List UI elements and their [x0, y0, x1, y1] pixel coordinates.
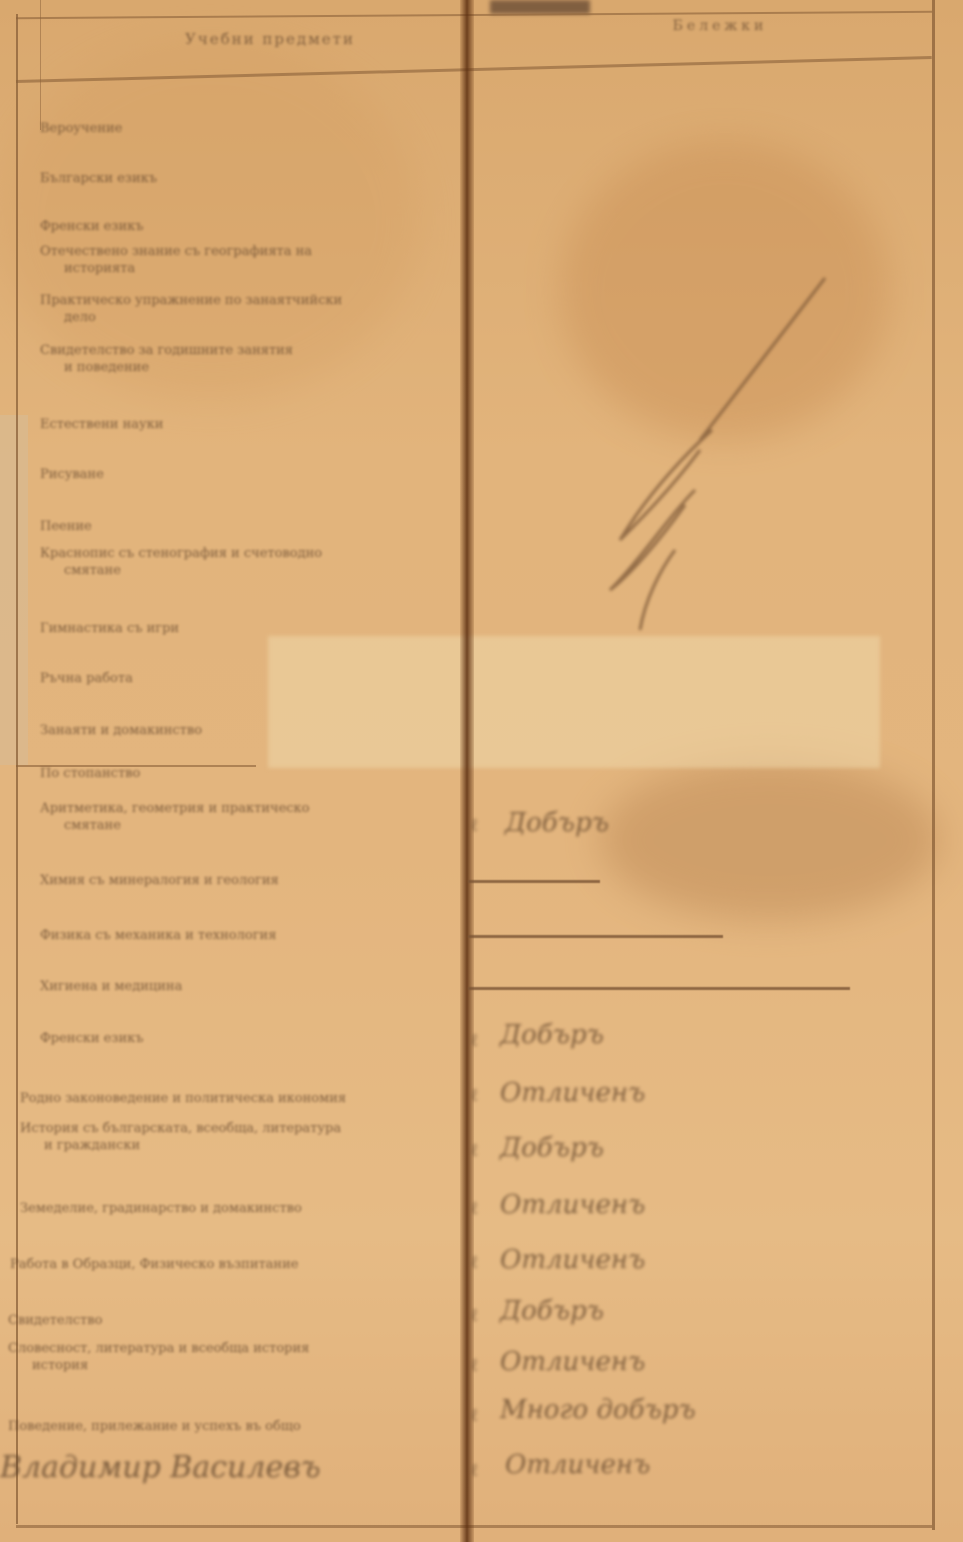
grade-blank-line [468, 880, 600, 883]
subject-row: Химия съ минералогия и геология [40, 872, 455, 889]
tick-mark: ℓ [470, 1355, 479, 1376]
subject-row: Хигиена и медицина [40, 978, 455, 995]
subject-row: Български езикъ [40, 170, 455, 187]
column-header-grades: Бележки [620, 18, 820, 34]
tape-patch [268, 636, 880, 768]
stain [600, 760, 940, 920]
tick-mark: ℓ [470, 1305, 479, 1326]
subject-row: Практическо упражнение по занаятчийскиде… [40, 292, 455, 326]
grade-value: Добъръ [500, 1296, 604, 1326]
frame-left-line [16, 14, 18, 1524]
frame-inner-left-line [40, 0, 41, 130]
subject-row: Занаяти и домакинство [40, 722, 455, 739]
subject-row: Земеделие, градинарство и домакинство [20, 1200, 435, 1217]
subject-row: Родно законоведение и политическа иконом… [20, 1090, 435, 1107]
subject-row: Поведение, прилежание и успехъ въ общо [8, 1418, 423, 1435]
bottom-rule [16, 1525, 932, 1528]
subject-row: Свидетелство [8, 1312, 423, 1329]
tick-mark: ℓ [470, 1030, 479, 1051]
subject-row: Естествени науки [40, 416, 455, 433]
grade-value: Отличенъ [500, 1245, 645, 1275]
tick-mark: ℓ [470, 815, 479, 836]
tick-mark: ℓ [470, 1198, 479, 1219]
subject-row: Рисуване [40, 466, 455, 483]
column-header-subjects: Учебни предмети [110, 30, 430, 48]
dark-patch [490, 0, 590, 14]
grade-value: Отличенъ [505, 1450, 650, 1480]
grade-blank-line [468, 987, 850, 990]
grade-value: Добъръ [500, 1020, 604, 1050]
subject-row: Ръчна работа [40, 670, 455, 687]
subject-row: Аритметика, геометрия и практическосмята… [40, 800, 455, 834]
subject-row: Гимнастика съ игри [40, 620, 455, 637]
subject-row: Словесност, литература и всеобща история… [8, 1340, 423, 1374]
tick-mark: ℓ [470, 1405, 479, 1426]
grade-value: Добъръ [500, 1133, 604, 1163]
subject-row: Пеение [40, 518, 455, 535]
signature: Владимир Василевъ [0, 1450, 321, 1485]
tick-mark: ℓ [470, 1140, 479, 1161]
torn-edge [0, 415, 28, 765]
subject-row: Краснопис съ стенография и счетоводносмя… [40, 545, 455, 579]
grade-value: Добъръ [505, 808, 609, 838]
subject-row: Свидетелство за годишните занятияи повед… [40, 342, 455, 376]
tick-mark: ℓ [470, 1460, 479, 1481]
subject-row: Работа в Образци, Физическо възпитание [10, 1256, 425, 1273]
subject-row: Френски езикъ [40, 218, 455, 235]
grade-value: Много добъръ [500, 1395, 696, 1425]
tick-mark: ℓ [470, 1085, 479, 1106]
subject-row: По стопанство [40, 765, 455, 782]
grade-value: Отличенъ [500, 1078, 645, 1108]
subject-row: Френски езикъ [40, 1030, 455, 1047]
subject-row: Физика съ механика и технология [40, 927, 455, 944]
grade-blank-line [468, 935, 723, 938]
tick-mark: ℓ [470, 1252, 479, 1273]
strike-through-scribble [600, 270, 840, 640]
subject-row: Отечествено знание съ географията наисто… [40, 243, 455, 277]
frame-right-line [932, 0, 935, 1530]
subject-row: История съ българската, всеобща, литерат… [20, 1120, 435, 1154]
subject-row: Вероучение [40, 120, 455, 137]
grade-value: Отличенъ [500, 1190, 645, 1220]
grade-value: Отличенъ [500, 1347, 645, 1377]
